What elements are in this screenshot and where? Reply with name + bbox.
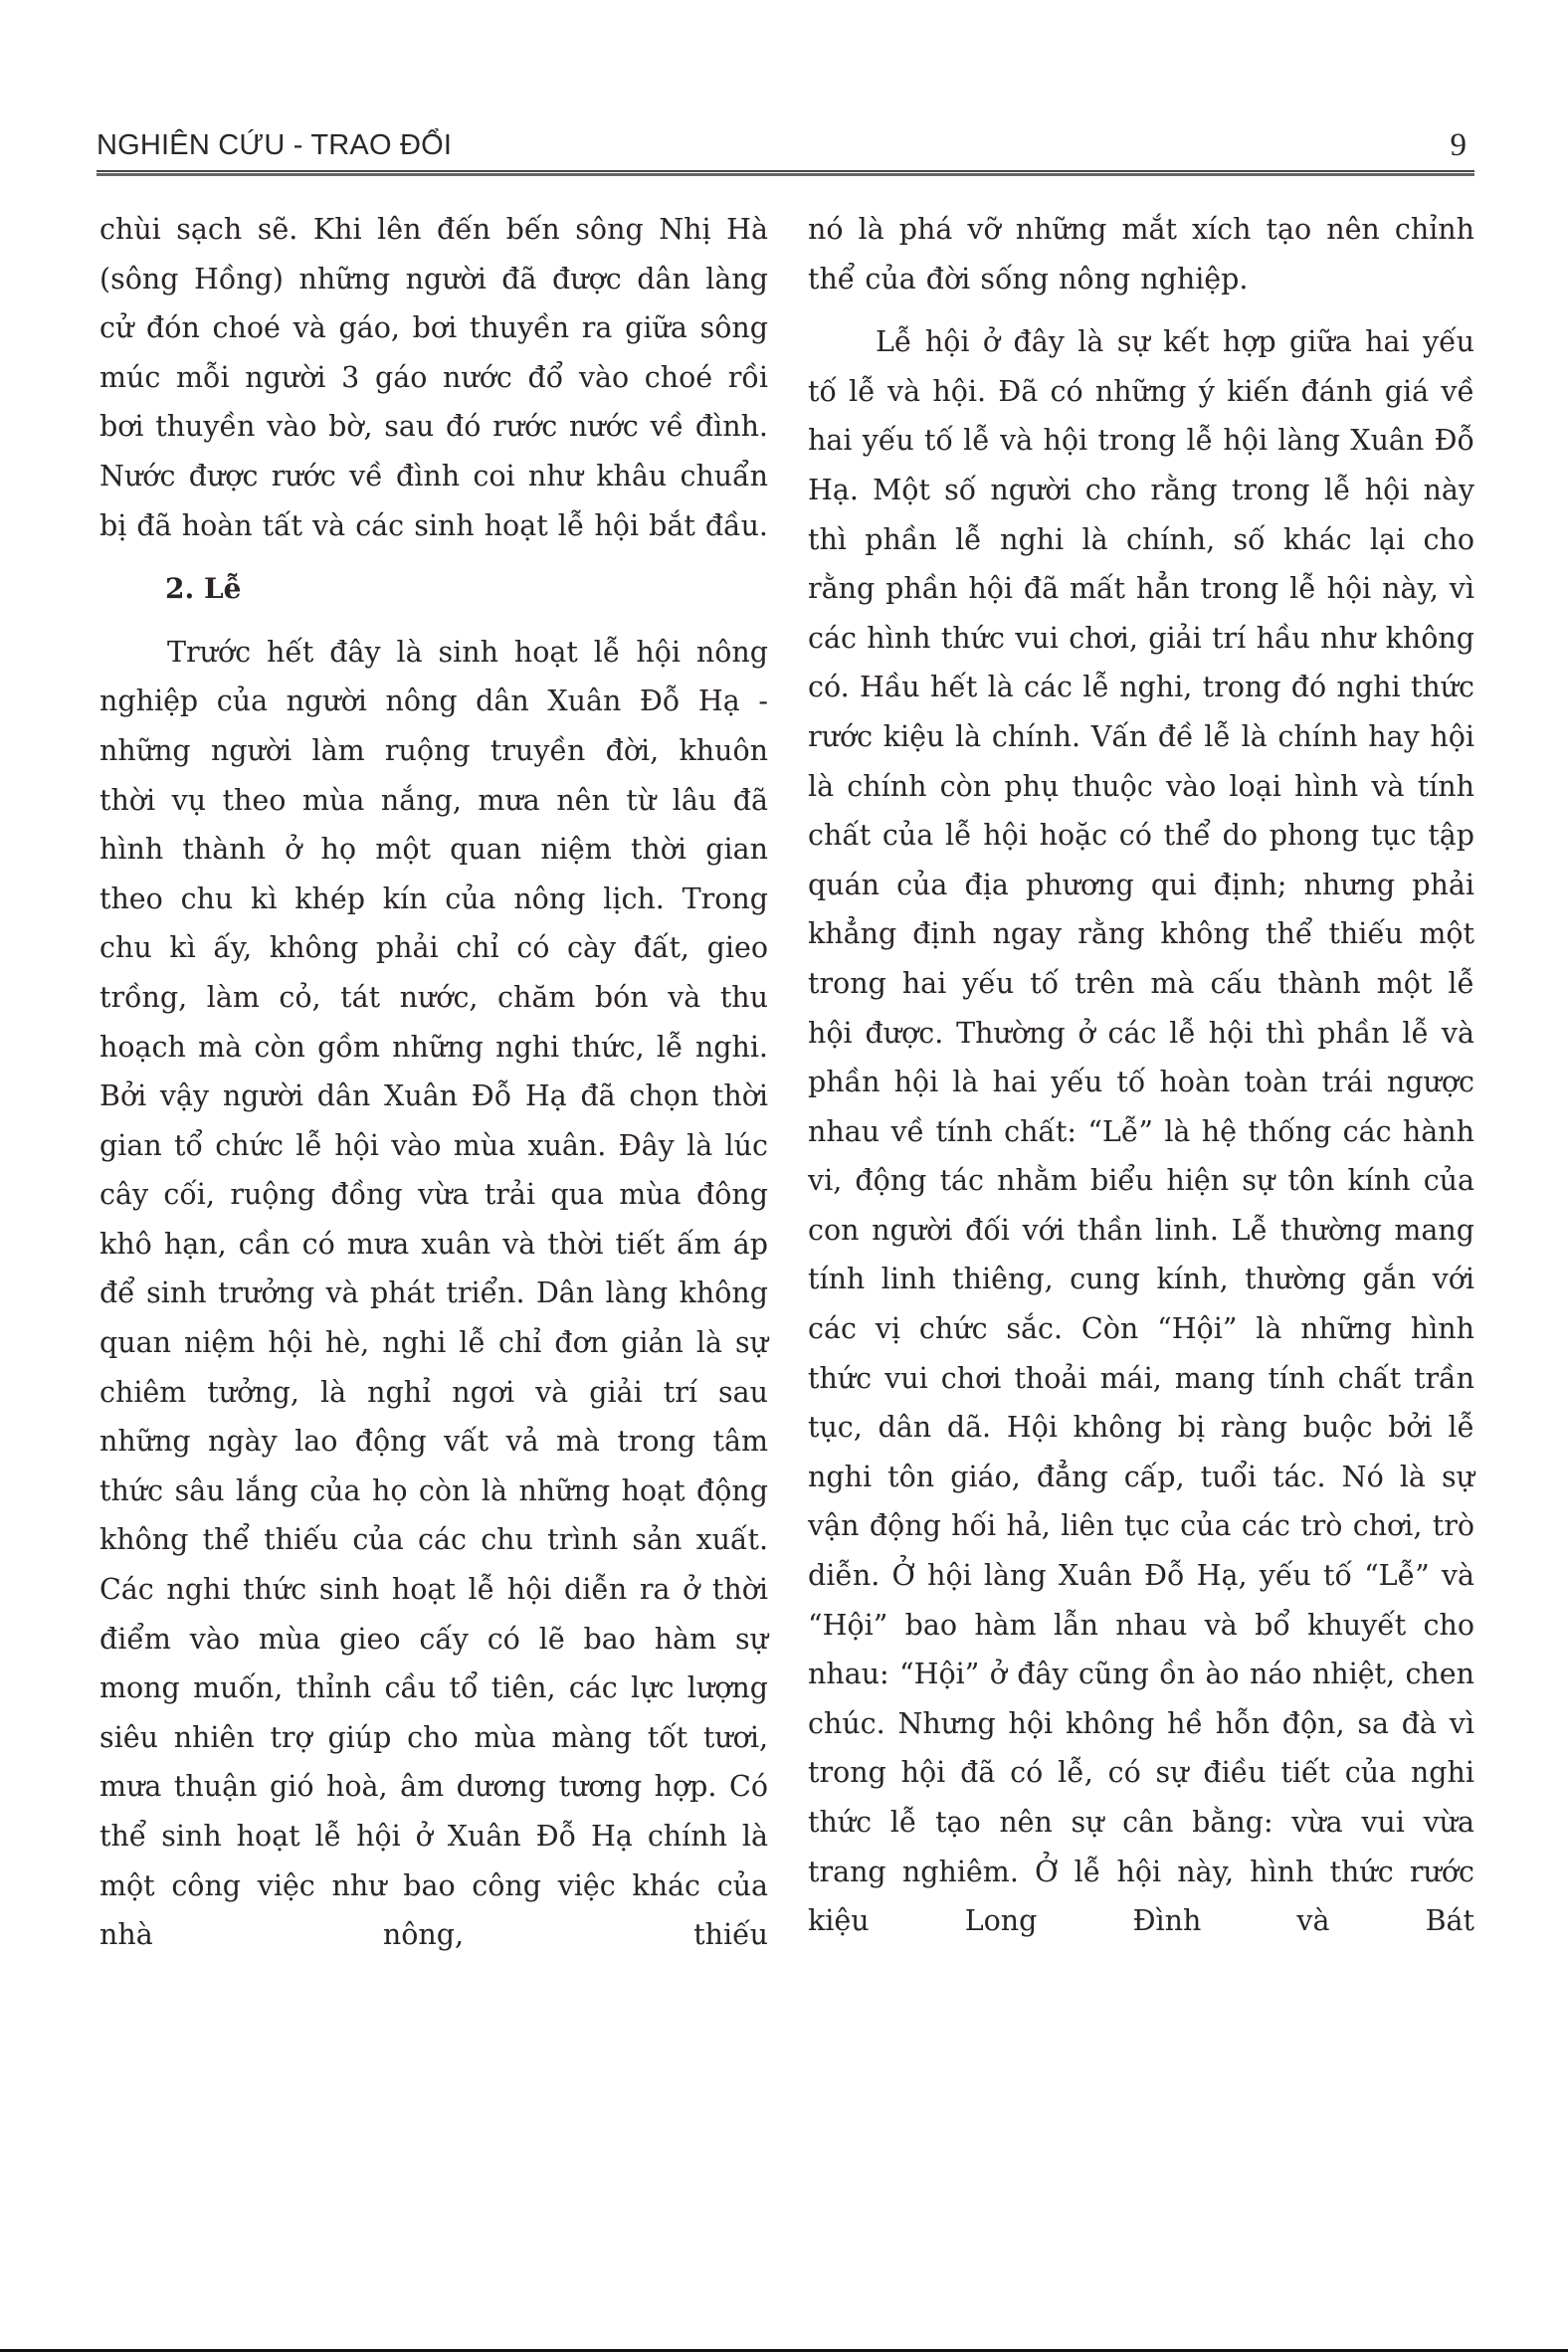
- paragraph-left-2: Trước hết đây là sinh hoạt lễ hội nông n…: [99, 628, 768, 1960]
- paragraph-right-1: nó là phá vỡ những mắt xích tạo nên chỉn…: [808, 205, 1474, 303]
- paragraph-left-1: chùi sạch sẽ. Khi lên đến bến sông Nhị H…: [99, 205, 768, 550]
- paragraph-right-2: Lễ hội ở đây là sự kết hợp giữa hai yếu …: [808, 317, 1474, 1946]
- header-double-rule: [97, 170, 1474, 173]
- section-heading: 2. Lễ: [165, 564, 768, 614]
- right-column: nó là phá vỡ những mắt xích tạo nên chỉn…: [808, 205, 1474, 1946]
- page-header: NGHIÊN CỨU - TRAO ĐỔI 9: [97, 127, 1474, 177]
- running-title: NGHIÊN CỨU - TRAO ĐỔI: [97, 129, 452, 162]
- left-column: chùi sạch sẽ. Khi lên đến bến sông Nhị H…: [99, 205, 768, 1960]
- page-number: 9: [1451, 127, 1468, 164]
